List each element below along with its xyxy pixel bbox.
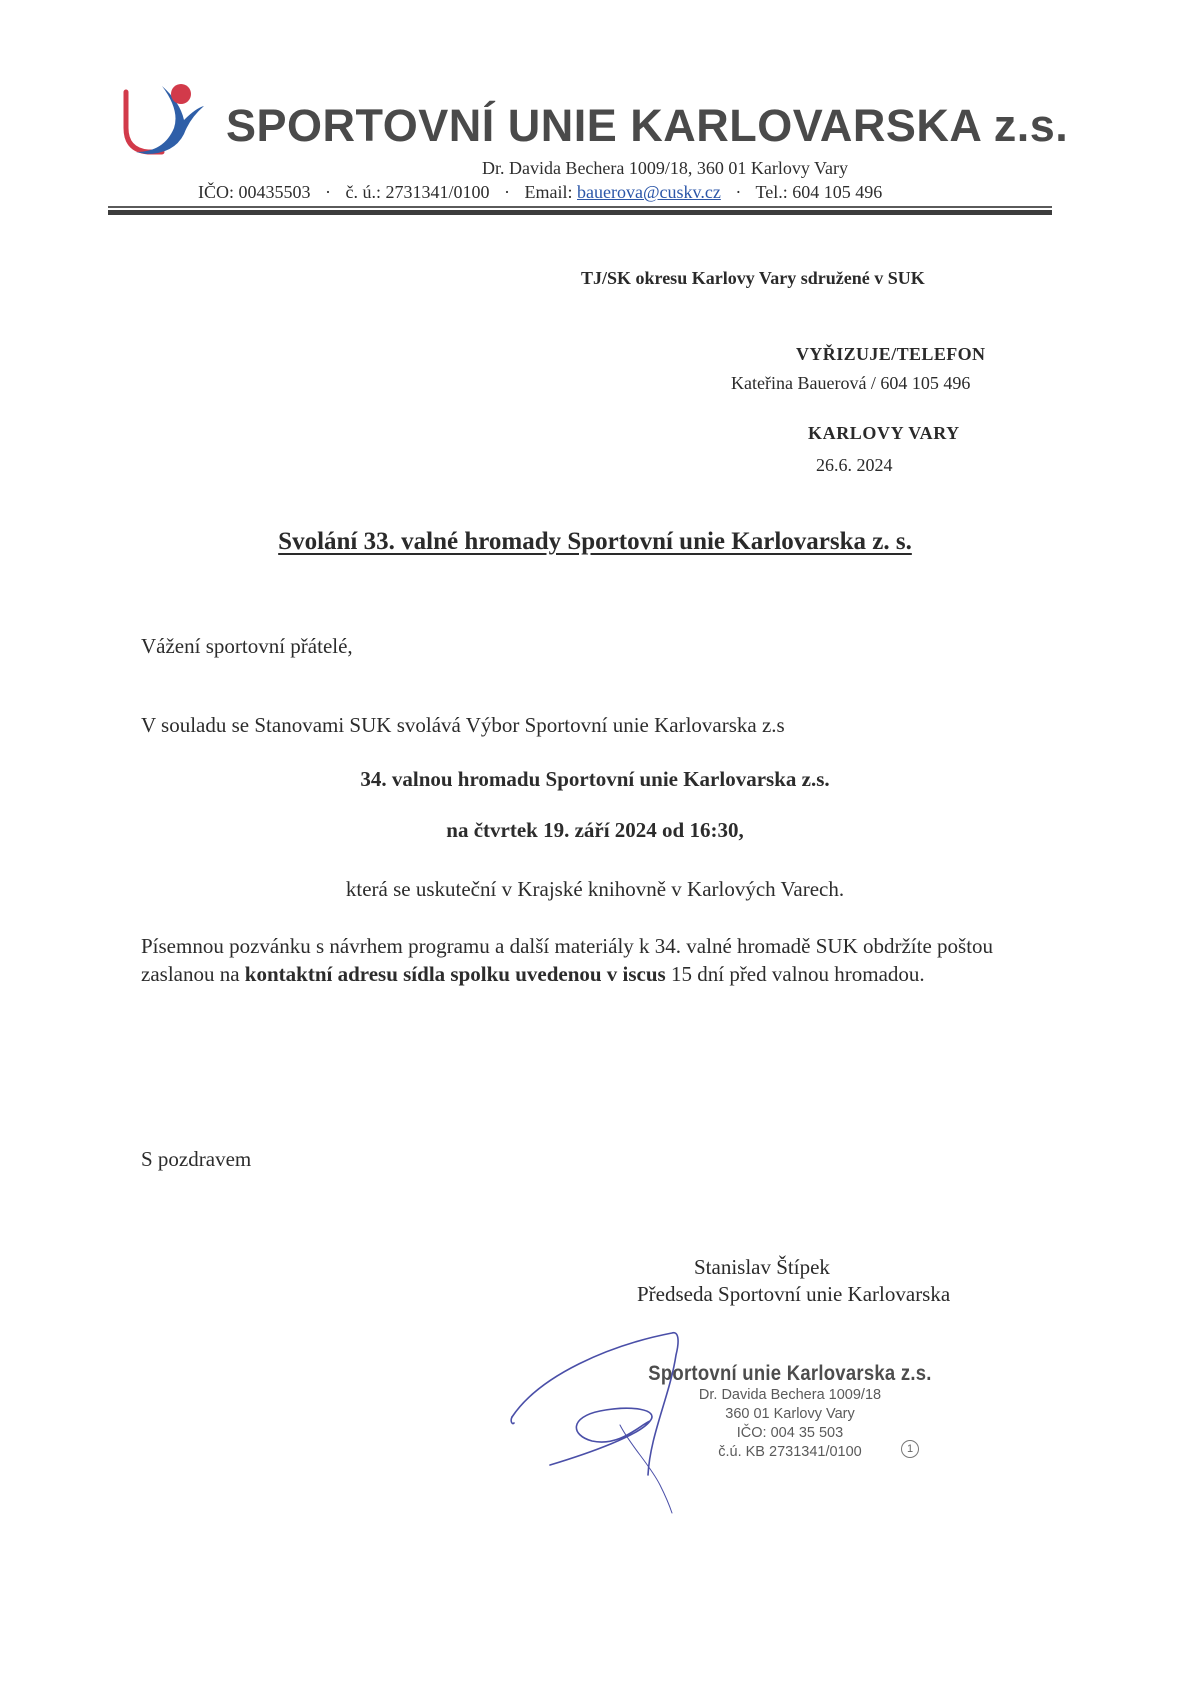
intro-text: V souladu se Stanovami SUK svolává Výbor…: [141, 713, 785, 738]
contact-line: IČO: 00435503 · č. ú.: 2731341/0100 · Em…: [198, 182, 882, 203]
handwritten-signature-icon: [500, 1325, 760, 1515]
ico-number: IČO: 00435503: [198, 182, 311, 202]
handler-contact: Kateřina Bauerová / 604 105 496: [731, 373, 970, 394]
place: KARLOVY VARY: [808, 423, 960, 444]
handler-label: VYŘIZUJE/TELEFON: [796, 344, 985, 365]
email-label: Email:: [525, 182, 573, 202]
organization-address: Dr. Davida Bechera 1009/18, 360 01 Karlo…: [0, 158, 1190, 179]
addressee: TJ/SK okresu Karlovy Vary sdružené v SUK: [581, 268, 925, 289]
salutation: Vážení sportovní přátelé,: [141, 634, 353, 659]
assembly-date-time: na čtvrtek 19. září 2024 od 16:30,: [0, 818, 1190, 843]
assembly-location: která se uskuteční v Krajské knihovně v …: [0, 877, 1190, 902]
closing: S pozdravem: [141, 1147, 251, 1172]
suk-logo-icon: [118, 78, 210, 156]
paragraph-text: 15 dní před valnou hromadou.: [666, 962, 925, 986]
email-link[interactable]: bauerova@cuskv.cz: [577, 182, 721, 202]
letter-subject: Svolání 33. valné hromady Sportovní unie…: [0, 528, 1190, 556]
separator: ·: [325, 182, 331, 202]
paragraph-emphasis: kontaktní adresu sídla spolku uvedenou v…: [245, 962, 666, 986]
header-divider-thick: [108, 210, 1052, 215]
assembly-name: 34. valnou hromadu Sportovní unie Karlov…: [0, 767, 1190, 792]
stamp-number-badge: 1: [901, 1440, 919, 1458]
signatory-name: Stanislav Štípek: [694, 1255, 830, 1280]
invitation-paragraph: Písemnou pozvánku s návrhem programu a d…: [141, 932, 1061, 988]
phone-number: Tel.: 604 105 496: [756, 182, 883, 202]
organization-name: SPORTOVNÍ UNIE KARLOVARSKA z.s.: [226, 100, 1068, 152]
bank-account: č. ú.: 2731341/0100: [346, 182, 490, 202]
separator: ·: [504, 182, 510, 202]
signatory-role: Předseda Sportovní unie Karlovarska: [637, 1282, 950, 1307]
separator: ·: [735, 182, 741, 202]
header-divider: [108, 206, 1052, 208]
letter-date: 26.6. 2024: [816, 455, 893, 476]
